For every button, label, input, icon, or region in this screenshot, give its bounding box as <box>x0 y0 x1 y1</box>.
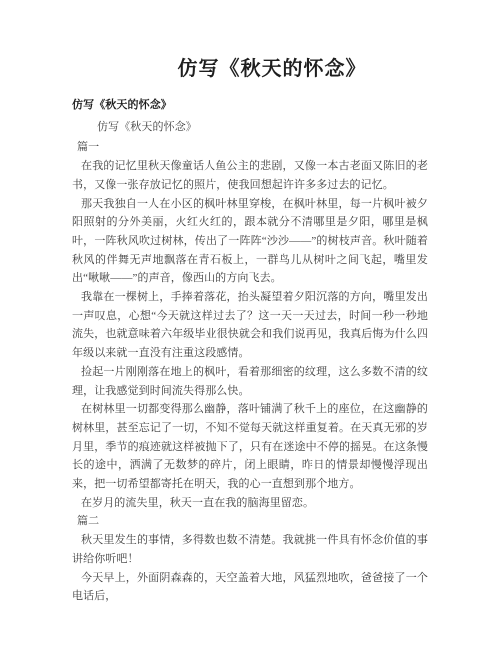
body-paragraph-4: 捡起一片刚刚落在地上的枫叶，看着那细密的纹理，这么多数不清的纹理，让我感觉到时间… <box>72 363 428 400</box>
subtitle-indented: 仿写《秋天的怀念》 <box>72 118 428 137</box>
body-paragraph-8: 今天早上，外面阴森森的，天空盖着大地，风猛烈地吹，爸爸接了一个电话后， <box>72 569 428 606</box>
section-heading-2: 篇二 <box>72 512 428 531</box>
body-paragraph-7: 秋天里发生的事情，多得数也数不清楚。我就挑一件具有怀念价值的事讲给你听吧！ <box>72 531 428 568</box>
body-paragraph-1: 在我的记忆里秋天像童话人鱼公主的悲剧，又像一本古老面又陈旧的老书，又像一张存放记… <box>72 157 428 194</box>
section-heading-1: 篇一 <box>72 138 428 157</box>
body-paragraph-5: 在树林里一切都变得那么幽静，落叶铺满了秋千上的座位，在这幽静的树林里，甚至忘记了… <box>72 400 428 494</box>
document-page: 仿写《秋天的怀念》 仿写《秋天的怀念》 仿写《秋天的怀念》 篇一 在我的记忆里秋… <box>0 0 500 647</box>
body-paragraph-3: 我靠在一棵树上，手捧着落花，抬头凝望着夕阳沉落的方向，嘴里发出一声叹息，心想“今… <box>72 288 428 363</box>
subtitle-bold: 仿写《秋天的怀念》 <box>72 96 428 115</box>
body-paragraph-6: 在岁月的流失里，秋天一直在我的脑海里留恋。 <box>72 494 428 513</box>
document-body: 仿写《秋天的怀念》 仿写《秋天的怀念》 篇一 在我的记忆里秋天像童话人鱼公主的悲… <box>72 96 428 606</box>
body-paragraph-2: 那天我独自一人在小区的枫叶林里穿梭，在枫叶林里，每一片枫叶被夕阳照射的分外美丽，… <box>72 195 428 289</box>
document-title: 仿写《秋天的怀念》 <box>0 0 500 81</box>
